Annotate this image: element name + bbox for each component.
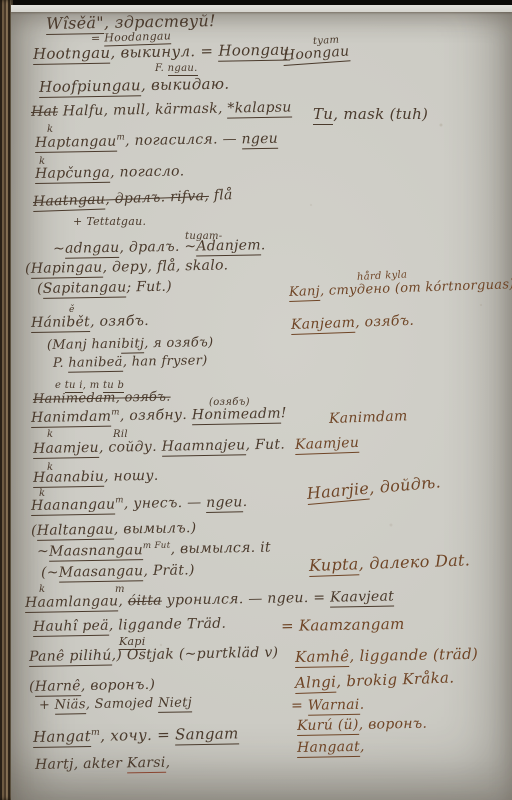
text-segment: , liggande (träd) [349, 645, 478, 665]
text-segment: , [360, 739, 365, 755]
text-segment: = [291, 698, 308, 714]
text-segment: Hootngau [33, 44, 111, 65]
text-segment: Hangaat [297, 739, 360, 758]
text-segment: , озябъ. [355, 313, 414, 331]
manuscript-line: Hanimedam, озябъ. [33, 391, 171, 408]
manuscript-line: Kamhê, liggande (träd) [295, 646, 478, 666]
text-segment: Ril [113, 429, 128, 440]
manuscript-line: (Sapitangau; Fut.) [37, 279, 172, 297]
manuscript-line: Kurú (ü), воронъ. [297, 716, 428, 734]
manuscript-line: Tu, mask (tuh) [313, 106, 428, 123]
manuscript-line: Haamlangau, óitta уронился. — ngeu. = Ka… [25, 589, 394, 612]
text-segment: Haatngau [33, 191, 106, 212]
text-segment: m [115, 495, 124, 505]
text-segment: Kaamjeu [295, 435, 360, 455]
manuscript-line: Kaamjeu [295, 435, 360, 453]
text-segment: P. [53, 356, 69, 371]
text-segment: Hartj, akter [35, 755, 127, 773]
text-segment: flå [209, 187, 233, 204]
text-segment: . [243, 494, 248, 510]
manuscript-line: Hapčunga, погасло. [35, 163, 185, 182]
manuscript-line: ~Maasnangaum Fut, вымылся. it [37, 539, 271, 560]
manuscript-line: = Kaamzangam [281, 616, 405, 635]
text-segment: óitta [128, 593, 162, 610]
manuscript-line: Haarjie, дойдѣ. [306, 473, 441, 503]
text-segment: , воронъ. [359, 716, 428, 733]
text-segment: Tu [313, 105, 333, 125]
text-segment: Adanjem [196, 237, 261, 256]
manuscript-line: Haptangaum, погасился. — ngeu [35, 130, 278, 151]
text-segment: ,) Ostjak (~purtkläd v) [111, 645, 278, 664]
text-segment: , Prät.) [143, 562, 195, 579]
text-segment: Harnê [35, 678, 81, 697]
manuscript-line: Hanimdamm, озябну. Honimeadm! [31, 405, 287, 426]
text-segment: Niäs [54, 697, 85, 715]
manuscript-line: ~adngau, дралъ. ~Adanjem. [53, 237, 266, 257]
text-segment: , воронъ.) [81, 677, 156, 694]
text-segment: , дралъ. ~ [119, 238, 196, 255]
manuscript-line: Hootngau, выкинул. = Hoongau. [33, 41, 295, 63]
manuscript-line: = Warnai. [291, 697, 365, 714]
text-segment: (Manj hani [47, 337, 122, 353]
text-segment: Sapitangau [43, 279, 127, 298]
text-segment: m [111, 407, 120, 417]
text-segment: Haanabiu [33, 469, 104, 488]
manuscript-line: + Tettatgau. [73, 216, 146, 229]
text-segment: m [116, 132, 125, 142]
text-segment: , погасился. — [125, 131, 242, 149]
text-segment: Hauhî peä [33, 618, 109, 637]
text-segment: = Kaamzangam [281, 615, 405, 635]
text-segment: , Samojed [86, 696, 159, 712]
text-segment: ngeu [241, 130, 278, 149]
text-segment: , озябъ. [90, 313, 149, 330]
text-segment: Haptangau [35, 133, 117, 152]
text-segment: (~ [41, 565, 59, 581]
text-segment: Kurú (ü) [297, 717, 359, 736]
text-segment: , дойдѣ. [368, 472, 441, 497]
manuscript-line: (Hapingau, деру, flå, skalo. [25, 257, 229, 277]
text-segment: Panê pilihú [29, 648, 112, 667]
text-segment: Haamjeu [33, 440, 99, 459]
manuscript-line: Hangatm, хочу. = Sangam [33, 725, 239, 746]
text-segment: уронился. — ngeu. = [162, 590, 331, 609]
text-segment: hanibeä [68, 355, 123, 373]
text-segment: adngau [65, 240, 120, 259]
text-segment: , [118, 593, 128, 609]
text-segment: k [39, 584, 45, 595]
text-segment: Honimeadm [192, 405, 281, 425]
manuscript-line: Haanangaum, унесъ. — ngeu. [31, 493, 248, 514]
text-segment: Hapingau [31, 260, 103, 279]
text-segment: , хочу. = [100, 726, 175, 745]
text-segment: , ношу. [104, 468, 159, 485]
text-segment: ~ [53, 241, 65, 257]
text-segment: Hangat [33, 727, 91, 748]
manuscript-line: Haatngau, дралъ. rifva, flå [33, 187, 233, 210]
text-segment: , озябну. [120, 407, 192, 424]
text-segment: Hanimedam, озябъ. [33, 390, 171, 407]
handwritten-text-layer: Wîsěä", здраствуй!= HoodangauHootngau, в… [11, 5, 512, 800]
text-segment: ! [281, 405, 287, 421]
text-segment: . [359, 697, 364, 713]
manuscript-line: Hangaat, [297, 739, 365, 756]
manuscript-photo: Wîsěä", здраствуй!= HoodangauHootngau, в… [0, 0, 512, 800]
text-segment: , выкинул. = [110, 42, 218, 62]
text-segment: Hat [31, 104, 58, 120]
text-segment: Haamlangau [25, 593, 119, 613]
manuscript-line: F. ngau. [155, 63, 198, 75]
text-segment: Sangam [175, 724, 239, 745]
text-segment: Kanjeam [291, 315, 356, 335]
manuscript-line: Panê pilihú,) Ostjak (~purtkläd v) [29, 645, 279, 665]
text-segment: m [91, 727, 100, 738]
text-segment: ~ [37, 543, 49, 559]
text-segment: Halfu, mull, kärmask, [58, 101, 228, 120]
manuscript-line: + Niäs, Samojed Nietj [39, 696, 192, 714]
text-segment: Hánibět [31, 314, 90, 333]
text-segment: , brokig Kråka. [336, 668, 455, 690]
manuscript-line: (Harnê, воронъ.) [29, 677, 155, 695]
text-segment: , liggande Träd. [109, 616, 227, 634]
text-segment: Kupta [309, 554, 359, 577]
text-segment: , вымылъ.) [114, 520, 197, 537]
manuscript-line: Hauhî peä, liggande Träd. [33, 616, 227, 635]
manuscript-line: Kanjeam, озябъ. [291, 313, 415, 333]
text-segment: , студено (om kórtnorguas) [320, 277, 512, 299]
text-segment: , m [83, 380, 103, 391]
text-segment: k [47, 429, 53, 440]
text-segment: Kanj [289, 284, 321, 302]
text-segment: Hoongau [218, 41, 289, 62]
text-segment: Kamhê [295, 647, 350, 668]
text-segment: + [39, 698, 55, 713]
manuscript-line: Haamjeu, сойду. Haamnajeu, Fut. [33, 437, 285, 457]
text-segment: Kanimdam [329, 408, 408, 427]
text-segment: , han fryser) [123, 353, 208, 369]
text-segment: , вымылся. it [170, 540, 271, 558]
text-segment: , Fut. [245, 437, 285, 454]
text-segment: . [261, 237, 266, 253]
text-segment: ngau. [168, 63, 198, 76]
manuscript-line: Hat Halfu, mull, kärmask, *kalapsu [31, 99, 292, 120]
text-segment: , далеко Dat. [358, 550, 470, 573]
manuscript-line: Hoongau [282, 43, 349, 64]
text-segment: Hapčunga [35, 165, 110, 184]
text-segment: ; Fut.) [126, 279, 172, 296]
text-segment: , погасло. [110, 163, 185, 180]
manuscript-page: Wîsěä", здраствуй!= HoodangauHootngau, в… [11, 5, 512, 800]
text-segment: Alngi [295, 673, 337, 694]
text-segment: ngeu [206, 494, 243, 513]
text-segment: Nietj [158, 695, 192, 713]
text-segment: , выкидаю. [141, 75, 230, 95]
manuscript-line: (Manj hanibitj, я озябъ) [47, 336, 214, 354]
text-segment: + Tettatgau. [73, 215, 146, 228]
text-segment: , сойду. [99, 439, 162, 456]
manuscript-line: Kanimdam [329, 408, 408, 427]
text-segment: Haanangau [31, 496, 116, 515]
manuscript-line: Hánibět, озябъ. [31, 313, 149, 331]
text-segment: , [165, 755, 170, 771]
text-segment: F. [155, 63, 168, 74]
text-segment: bitj [121, 336, 144, 353]
text-segment: *kalapsu [227, 99, 292, 118]
text-segment: , унесъ. — [124, 495, 207, 512]
manuscript-line: Hartj, akter Karsi, [35, 755, 171, 773]
text-segment: Maasangau [59, 563, 144, 582]
text-segment: , дралъ. rifva, [105, 188, 209, 208]
manuscript-line: Kupta, далеко Dat. [309, 551, 471, 575]
text-segment: Haltangau [37, 522, 114, 541]
text-segment: Haarjie [306, 479, 370, 505]
manuscript-line: Hoofpiungau, выкидаю. [39, 76, 230, 97]
manuscript-line: Kanj, студено (om kórtnorguas) [289, 278, 512, 301]
text-segment: Hoongau [282, 43, 350, 66]
manuscript-line: P. hanibeä, han fryser) [53, 354, 208, 372]
manuscript-line: (~Maasangau, Prät.) [41, 562, 195, 581]
text-segment: Hoofpiungau [39, 76, 141, 98]
text-segment: Warnai [308, 697, 360, 716]
manuscript-line: (Haltangau, вымылъ.) [31, 520, 197, 539]
text-segment: , я озябъ) [144, 335, 213, 351]
manuscript-line: Alngi, brokig Kråka. [295, 669, 455, 692]
text-segment: , mask (tuh) [333, 105, 428, 123]
text-segment: Kaavjeat [330, 589, 394, 608]
text-segment: , деру, flå, skalo. [102, 257, 228, 275]
text-segment: Hanimdam [31, 408, 112, 427]
text-segment: m Fut [143, 541, 171, 551]
text-segment: Haamnajeu [162, 437, 246, 456]
text-segment: Maasnangau [49, 542, 143, 562]
text-segment: e [55, 380, 65, 391]
manuscript-line: Haanabiu, ношу. [33, 468, 159, 486]
text-segment: Karsi [127, 755, 166, 774]
manuscript-line: k [47, 429, 53, 441]
